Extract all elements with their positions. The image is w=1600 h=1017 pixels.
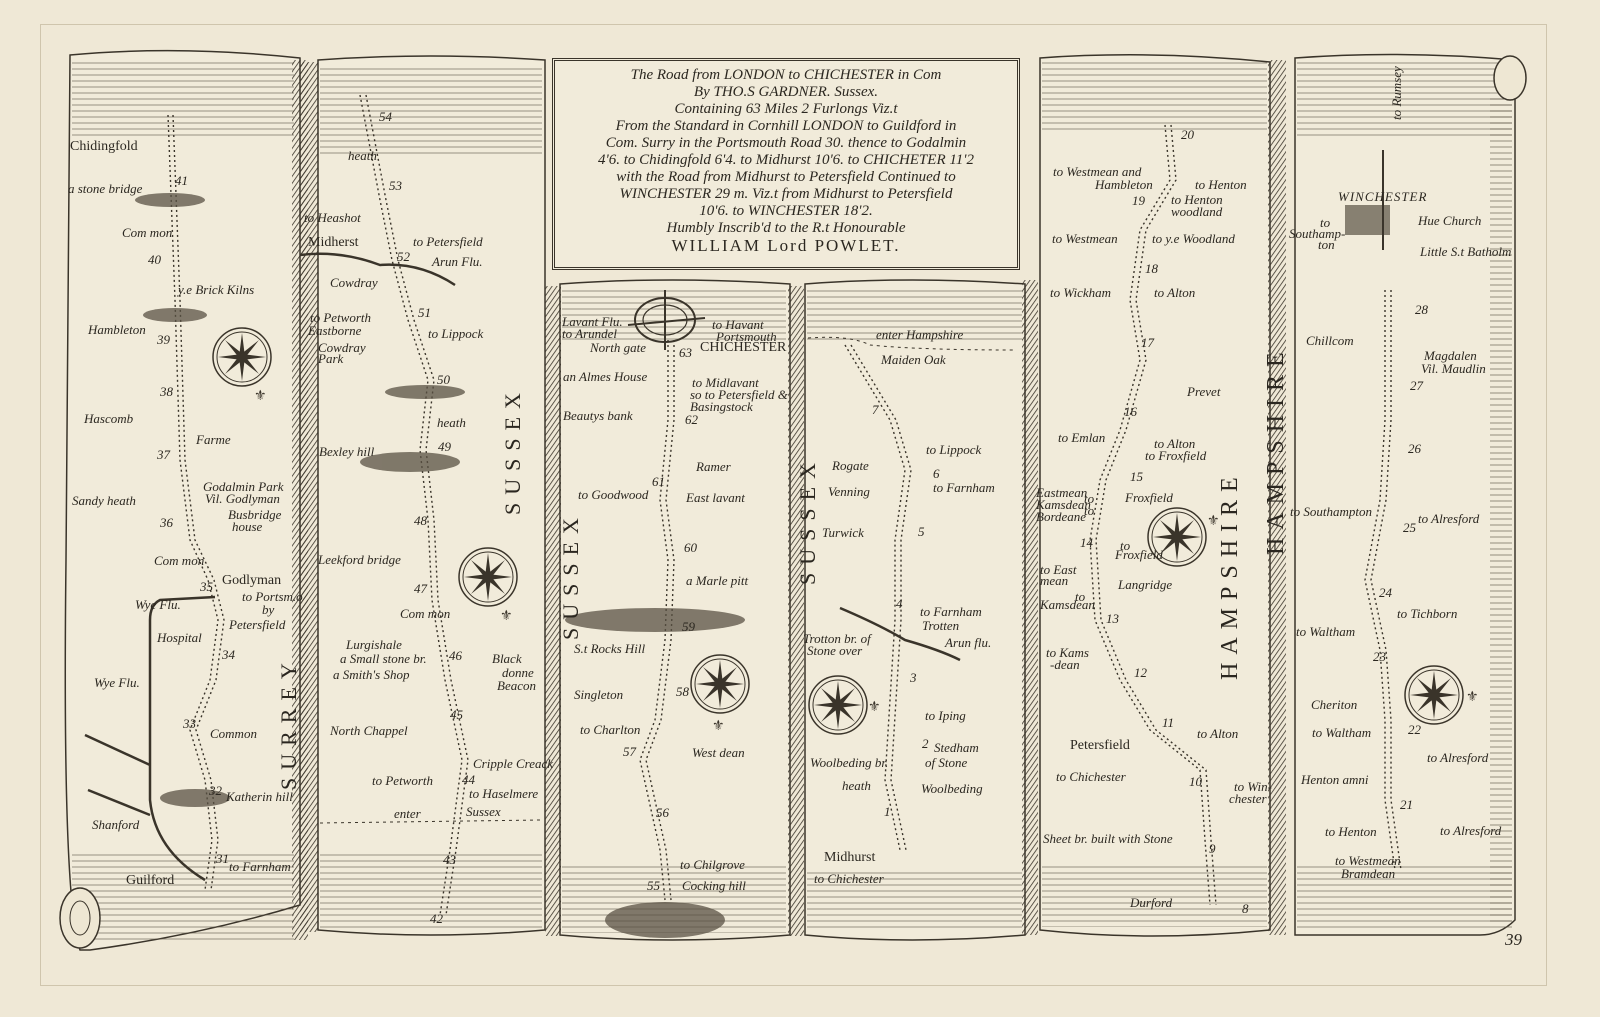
place-label: North Chappel	[330, 724, 408, 737]
milestone-number: 18	[1145, 262, 1158, 275]
place-label: to Rumsey	[1390, 66, 1403, 120]
place-label: to Alresford	[1418, 512, 1479, 525]
place-label: to y.e Woodland	[1152, 232, 1235, 245]
place-label: Venning	[828, 485, 870, 498]
place-label: to Chichester	[814, 872, 884, 885]
place-label: to Wickham	[1050, 286, 1111, 299]
milestone-number: 36	[160, 516, 173, 529]
place-label: to Waltham	[1312, 726, 1371, 739]
place-label: Leekford bridge	[318, 553, 401, 566]
place-label: to Lippock	[926, 443, 981, 456]
milestone-number: 55	[647, 879, 660, 892]
milestone-number: 10	[1189, 775, 1202, 788]
milestone-number: 2	[922, 737, 929, 750]
cartouche-dedication: Humbly Inscrib'd to the R.t Honourable	[563, 220, 1009, 237]
place-label: ton	[1318, 238, 1335, 251]
milestone-number: 24	[1379, 586, 1392, 599]
milestone-number: 5	[918, 525, 925, 538]
place-label: to Haselmere	[469, 787, 538, 800]
place-label: to Alton	[1197, 727, 1238, 740]
place-label: Bordeane	[1036, 510, 1086, 523]
place-label: Hospital	[157, 631, 202, 644]
place-label: Wye Flu.	[135, 598, 181, 611]
place-label: mean	[1040, 574, 1068, 587]
cartouche-line-9: 10'6. to WINCHESTER 18'2.	[563, 203, 1009, 220]
cartouche-dedicatee: WILLIAM Lord POWLET.	[563, 237, 1009, 254]
place-label: to Alton	[1154, 286, 1195, 299]
svg-text:⚜: ⚜	[254, 388, 267, 404]
milestone-number: 8	[1242, 902, 1249, 915]
milestone-number: 57	[623, 745, 636, 758]
milestone-number: 9	[1209, 842, 1216, 855]
milestone-number: 16	[1124, 405, 1137, 418]
place-label: Hambleton	[88, 323, 146, 336]
milestone-number: 35	[200, 580, 213, 593]
place-label: Ramer	[696, 460, 731, 473]
milestone-number: 41	[175, 174, 188, 187]
place-label: Beacon	[497, 679, 536, 692]
place-label: to Charlton	[580, 723, 640, 736]
county-label-sussex: SUSSEX	[795, 455, 821, 585]
place-label: Bramdean	[1341, 867, 1395, 880]
county-label-sussex: SUSSEX	[558, 510, 584, 640]
place-label: Common	[210, 727, 257, 740]
place-label: Com mon	[122, 226, 172, 239]
milestone-number: 44	[462, 773, 475, 786]
place-label: Froxfield	[1115, 548, 1163, 561]
milestone-number: 43	[443, 853, 456, 866]
county-label-hampshire: HAMPSHIRE	[1217, 469, 1244, 680]
place-label: to Froxfield	[1145, 449, 1206, 462]
place-label: East lavant	[686, 491, 745, 504]
place-label: Petersfield	[229, 618, 285, 631]
county-label-sussex: SUSSEX	[500, 385, 526, 515]
place-label: North gate	[590, 341, 646, 354]
milestone-number: 62	[685, 413, 698, 426]
place-label: Hambleton	[1095, 178, 1153, 191]
place-label: to Petersfield	[413, 235, 483, 248]
county-label-hampshire: HAMPSHIRE	[1263, 344, 1290, 555]
svg-text:⚜: ⚜	[500, 608, 513, 624]
place-label: CHICHESTER	[700, 341, 786, 355]
place-label: Hue Church	[1418, 214, 1481, 227]
place-label: Vil. Godlyman	[205, 492, 280, 505]
place-label: Henton amni	[1301, 773, 1369, 786]
milestone-number: 33	[183, 717, 196, 730]
milestone-number: 40	[148, 253, 161, 266]
milestone-number: 20	[1181, 128, 1194, 141]
place-label: Froxfield	[1125, 491, 1173, 504]
place-label: to Henton	[1325, 825, 1377, 838]
place-label: Cowdray	[330, 276, 378, 289]
place-label: Midhurst	[824, 851, 875, 865]
milestone-number: 32	[209, 784, 222, 797]
place-label: Petersfield	[1070, 739, 1130, 753]
place-label: to Farnham	[920, 605, 982, 618]
place-label: woodland	[1171, 205, 1222, 218]
place-label: to Chilgrove	[680, 858, 745, 871]
milestone-number: 50	[437, 373, 450, 386]
place-label: -dean	[1050, 658, 1080, 671]
place-label: y.e Brick Kilns	[178, 283, 254, 296]
cartouche-line-6: 4'6. to Chidingfold 6'4. to Midhurst 10'…	[563, 152, 1009, 169]
svg-text:⚜: ⚜	[868, 699, 881, 715]
place-label: Eastborne	[308, 324, 361, 337]
place-label: Com mon	[154, 554, 204, 567]
compass-rose-icon: ⚜	[210, 325, 274, 405]
place-label: to Petworth	[372, 774, 433, 787]
place-label: Beautys bank	[563, 409, 633, 422]
place-label: Trotten	[922, 619, 959, 632]
place-label: West dean	[692, 746, 745, 759]
milestone-number: 7	[872, 403, 879, 416]
place-label: Little S.t Batholm	[1420, 245, 1511, 258]
milestone-number: 13	[1106, 612, 1119, 625]
place-label: Park	[318, 352, 343, 365]
place-label: Stone over	[807, 644, 862, 657]
place-label: to Southampton	[1290, 505, 1372, 518]
compass-rose-icon: ⚜	[1402, 663, 1486, 727]
place-label: Godlyman	[222, 574, 281, 588]
place-label: to Westmean	[1052, 232, 1118, 245]
milestone-number: 45	[450, 708, 463, 721]
place-label: Woolbeding	[921, 782, 983, 795]
milestone-number: 3	[910, 671, 917, 684]
place-label: to Emlan	[1058, 431, 1105, 444]
place-label: Wye Flu.	[94, 676, 140, 689]
milestone-number: 38	[160, 385, 173, 398]
place-label: Arun flu.	[945, 636, 991, 649]
place-label: Bexley hill	[319, 445, 374, 458]
milestone-number: 17	[1141, 336, 1154, 349]
place-label: Arun Flu.	[432, 255, 483, 268]
cartouche-line-7: with the Road from Midhurst to Petersfie…	[563, 169, 1009, 186]
milestone-number: 25	[1403, 521, 1416, 534]
milestone-number: 26	[1408, 442, 1421, 455]
place-label: chester	[1229, 792, 1267, 805]
place-label: Cocking hill	[682, 879, 746, 892]
place-label: to Waltham	[1296, 625, 1355, 638]
place-label: Chillcom	[1306, 334, 1354, 347]
place-label: Guilford	[126, 874, 174, 888]
cartouche-line-3: Containing 63 Miles 2 Furlongs Viz.t	[563, 101, 1009, 118]
place-label: Prevet	[1187, 385, 1220, 398]
milestone-number: 27	[1410, 379, 1423, 392]
place-label: heath	[842, 779, 871, 792]
milestone-number: 11	[1162, 716, 1174, 729]
milestone-number: 15	[1130, 470, 1143, 483]
place-label: to Tichborn	[1397, 607, 1457, 620]
page-number: 39	[1505, 930, 1522, 950]
title-cartouche: The Road from LONDON to CHICHESTER in Co…	[552, 58, 1020, 270]
milestone-number: 28	[1415, 303, 1428, 316]
place-label: Cheriton	[1311, 698, 1357, 711]
milestone-number: 46	[449, 649, 462, 662]
place-label: a Marle pitt	[686, 574, 748, 587]
place-label: enter	[394, 807, 421, 820]
cartouche-line-8: WINCHESTER 29 m. Viz.t from Midhurst to …	[563, 186, 1009, 203]
place-label: a Smith's Shop	[333, 668, 409, 681]
place-label: Hascomb	[84, 412, 133, 425]
compass-rose-icon: ⚜	[456, 545, 520, 625]
place-label: Com mon	[400, 607, 450, 620]
place-label: Midherst	[308, 236, 359, 250]
milestone-number: 49	[438, 440, 451, 453]
milestone-number: 19	[1132, 194, 1145, 207]
place-label: S.t Rocks Hill	[574, 642, 645, 655]
cartouche-line-5: Com. Surry in the Portsmouth Road 30. th…	[563, 135, 1009, 152]
milestone-number: 53	[389, 179, 402, 192]
place-label: enter Hampshire	[876, 328, 963, 341]
compass-rose-icon: ⚜	[688, 652, 752, 732]
milestone-number: 63	[679, 346, 692, 359]
milestone-number: 21	[1400, 798, 1413, 811]
place-label: to Heashot	[304, 211, 361, 224]
place-label: house	[232, 520, 262, 533]
milestone-number: 4	[896, 597, 903, 610]
place-label: to Lippock	[428, 327, 483, 340]
milestone-number: 37	[157, 448, 170, 461]
place-label: Farme	[196, 433, 231, 446]
compass-rose-icon: ⚜	[806, 673, 886, 737]
place-label: to Iping	[925, 709, 966, 722]
place-label: Maiden Oak	[881, 353, 946, 366]
place-label: of Stone	[925, 756, 967, 769]
place-label: to Chichester	[1056, 770, 1126, 783]
place-label: a stone bridge	[68, 182, 142, 195]
cartouche-line-2: By THO.S GARDNER. Sussex.	[563, 84, 1009, 101]
place-label: heath	[348, 149, 377, 162]
cartouche-line-4: From the Standard in Cornhill LONDON to …	[563, 118, 1009, 135]
place-label: heath	[437, 416, 466, 429]
place-label: Shanford	[92, 818, 139, 831]
milestone-number: 47	[414, 582, 427, 595]
place-label: Chidingfold	[70, 140, 138, 154]
milestone-number: 34	[222, 648, 235, 661]
milestone-number: 39	[157, 333, 170, 346]
place-label: Katherin hill	[226, 790, 293, 803]
svg-text:⚜: ⚜	[1466, 689, 1479, 705]
place-label: to Farnham	[229, 860, 291, 873]
milestone-number: 51	[418, 306, 431, 319]
milestone-number: 58	[676, 685, 689, 698]
place-label: Woolbeding br.	[810, 756, 888, 769]
place-label: to Alresford	[1440, 824, 1501, 837]
svg-text:⚜: ⚜	[712, 718, 725, 732]
place-label: Durford	[1130, 896, 1172, 909]
place-label: Cripple Creack	[473, 757, 553, 770]
place-label: to Goodwood	[578, 488, 648, 501]
place-label: to Henton	[1195, 178, 1247, 191]
milestone-number: 6	[933, 467, 940, 480]
place-label: Lurgishale	[346, 638, 402, 651]
place-label: Sandy heath	[72, 494, 136, 507]
milestone-number: 22	[1408, 723, 1421, 736]
milestone-number: 60	[684, 541, 697, 554]
milestone-number: 59	[682, 620, 695, 633]
milestone-number: 61	[652, 475, 665, 488]
milestone-number: 42	[430, 912, 443, 925]
milestone-number: 31	[216, 852, 229, 865]
place-label: to Arundel	[562, 327, 617, 340]
milestone-number: 12	[1134, 666, 1147, 679]
place-label: Sussex	[466, 805, 501, 818]
county-label-surrey: SURREY	[276, 655, 302, 790]
milestone-number: 54	[379, 110, 392, 123]
milestone-number: 48	[414, 514, 427, 527]
place-label: Langridge	[1118, 578, 1172, 591]
milestone-number: 23	[1373, 650, 1386, 663]
place-label: Basingstock	[690, 400, 753, 413]
place-label: by	[262, 603, 274, 616]
milestone-number: 14	[1080, 536, 1093, 549]
place-label: Vil. Maudlin	[1421, 362, 1486, 375]
place-label: Singleton	[574, 688, 623, 701]
place-label: to Farnham	[933, 481, 995, 494]
place-label: to Alresford	[1427, 751, 1488, 764]
milestone-number: 56	[656, 806, 669, 819]
place-label: Turwick	[822, 526, 864, 539]
place-label: Stedham	[934, 741, 979, 754]
milestone-number: 1	[884, 805, 891, 818]
place-label: WINCHESTER	[1338, 190, 1427, 203]
place-label: Sheet br. built with Stone	[1043, 832, 1173, 845]
cartouche-line-1: The Road from LONDON to CHICHESTER in Co…	[563, 67, 1009, 84]
place-label: Kamsdean	[1040, 598, 1095, 611]
place-label: a Small stone br.	[340, 652, 427, 665]
place-label: Rogate	[832, 459, 869, 472]
milestone-number: 52	[397, 250, 410, 263]
place-label: Black	[492, 652, 522, 665]
place-label: an Almes House	[563, 370, 647, 383]
